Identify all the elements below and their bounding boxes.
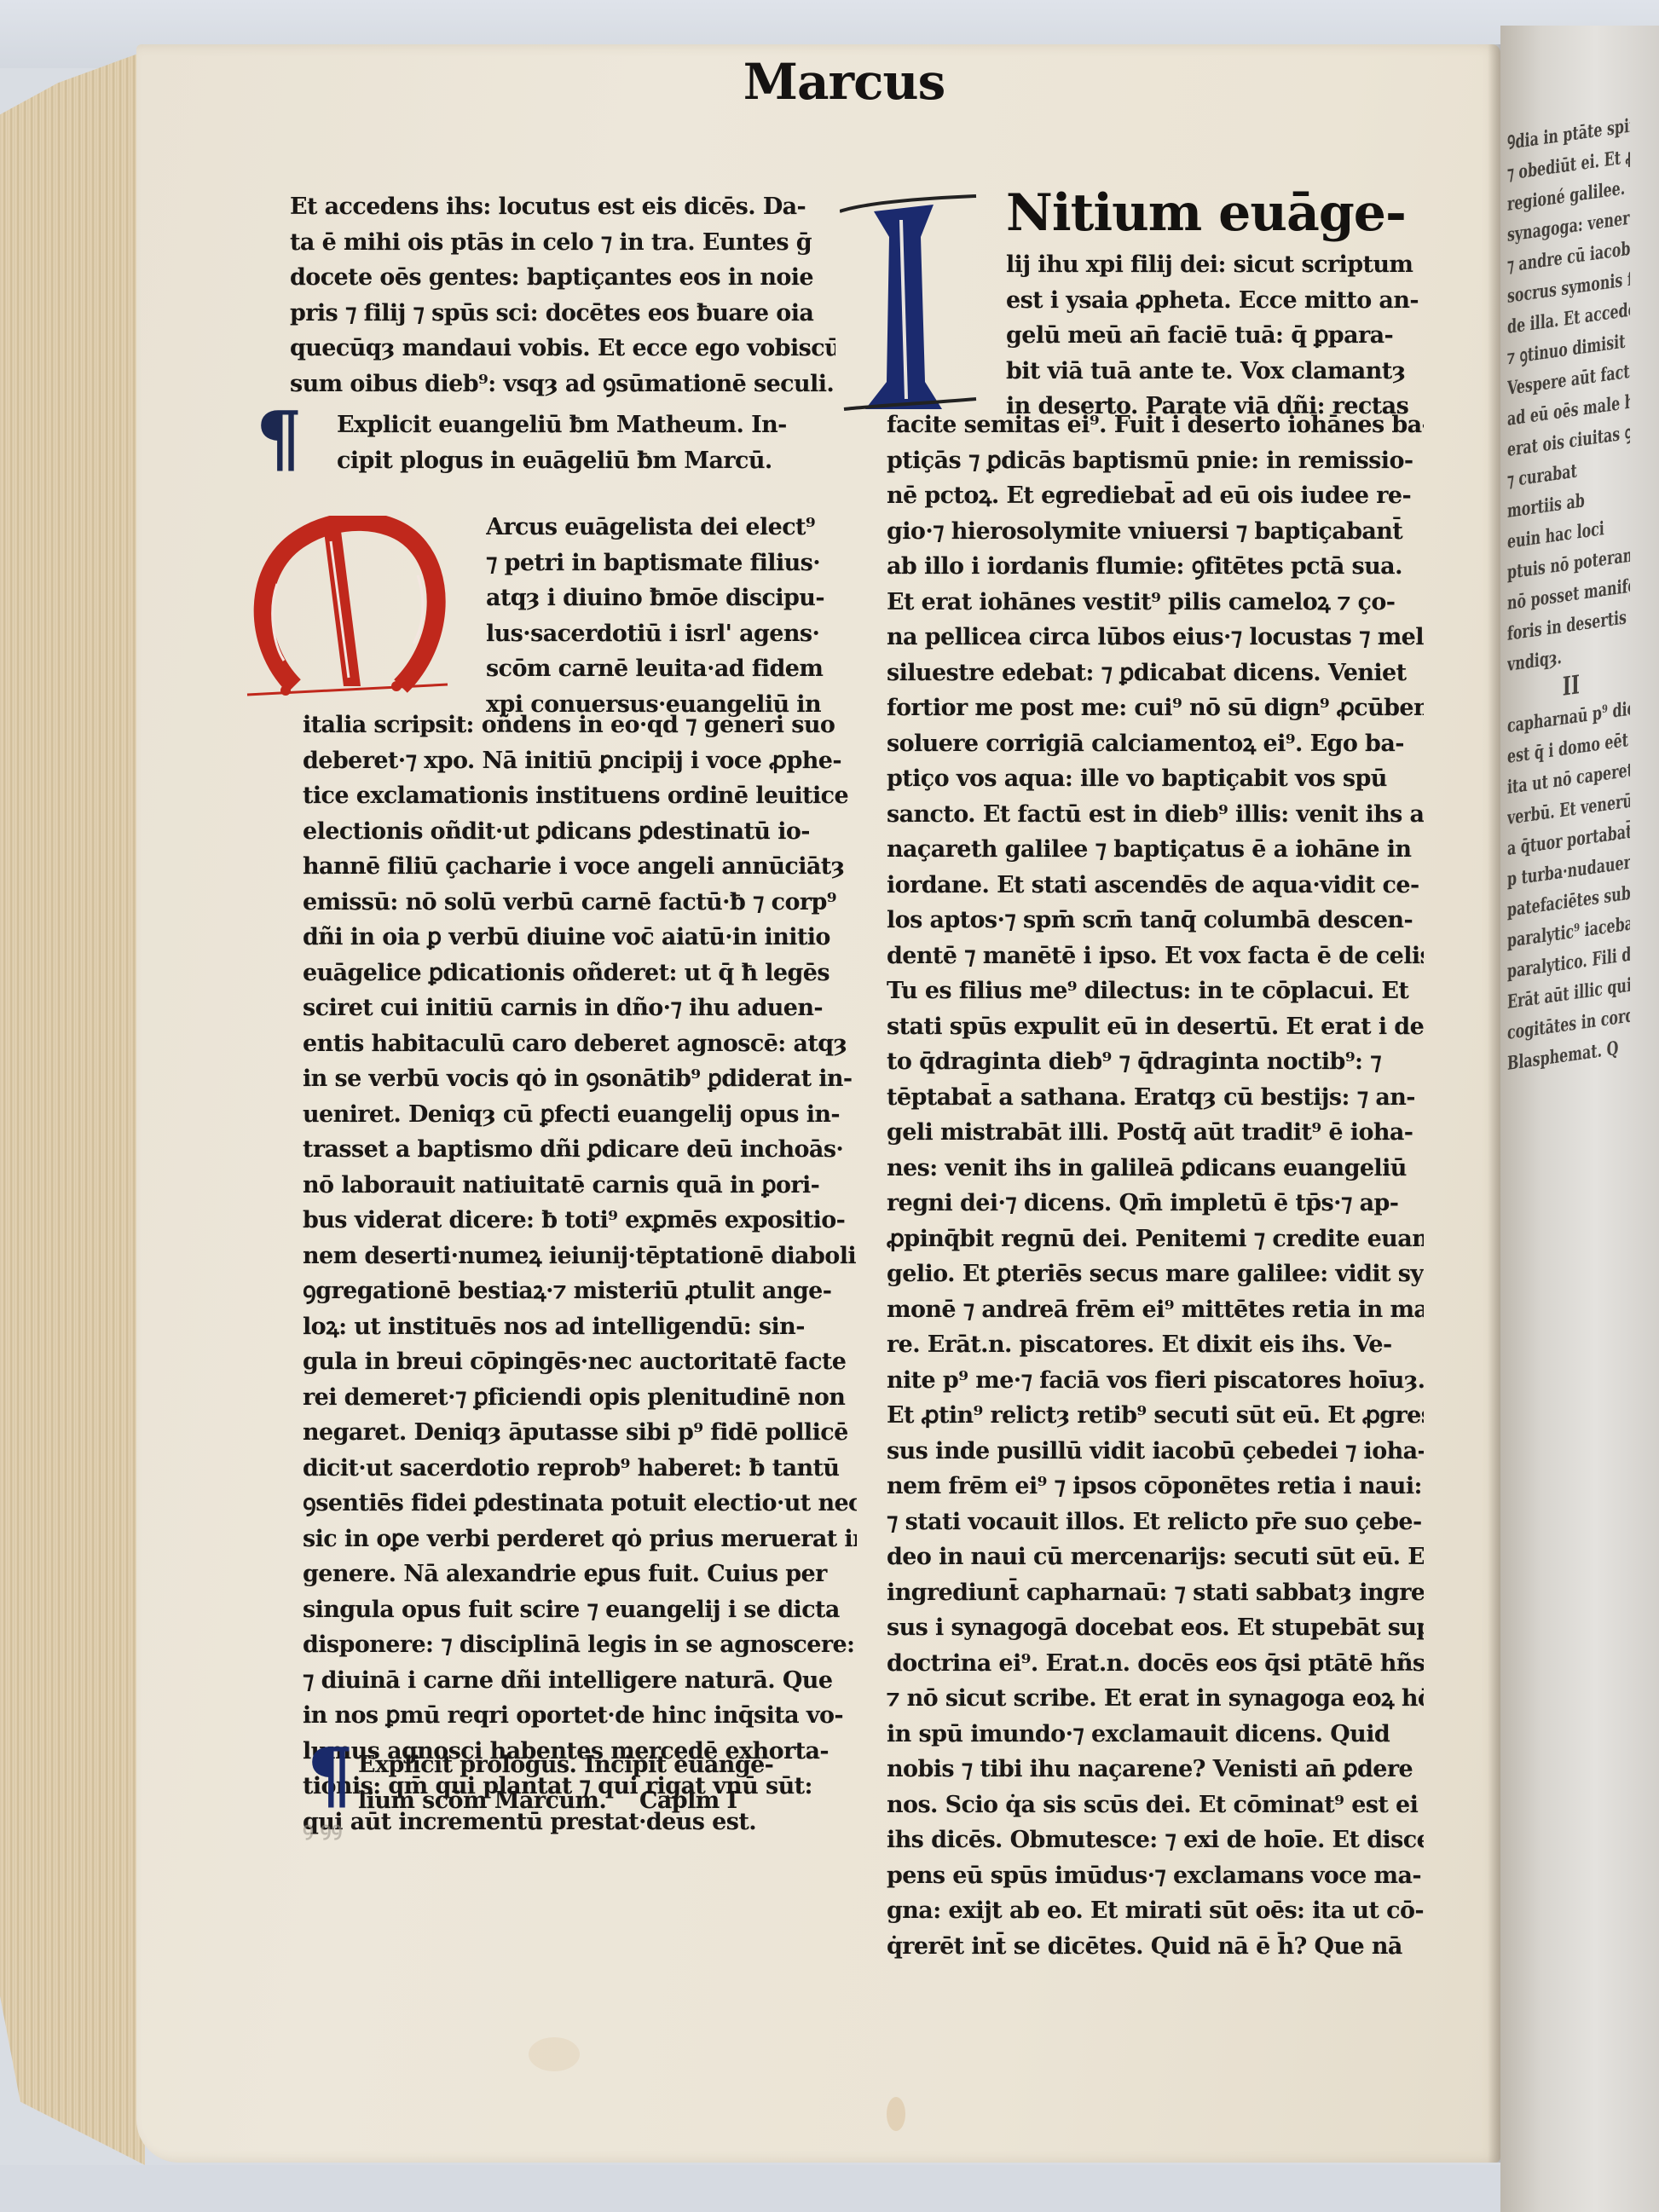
text-line: ueniret. Deniqȝ cū ꝑfecti euangelij opus…: [303, 1097, 857, 1133]
text-line: tēptabat̄ a sathana. Eratqȝ cū bestijs: …: [887, 1080, 1424, 1116]
text-line: bit viā tuā ante te. Vox clamantȝ: [1006, 354, 1432, 390]
paragraph-mark-icon: ¶: [307, 1739, 354, 1812]
text-line: ab illo i iordanis flumie: ꝯfitētes pctā…: [887, 549, 1424, 585]
text-line: sus i synagogā docebat eos. Et stupebāt …: [887, 1610, 1424, 1646]
text-line: Explicit euangeliū ƀm Matheum. In-: [337, 407, 848, 443]
text-line: los aptos·⁊ spm̄ scm̄ tanq̄ columbā desc…: [887, 903, 1424, 939]
prologue-full-text: italia scripsit: oñdens in eo·qd ⁊ gener…: [303, 707, 857, 1839]
text-line: Et ꝓtin⁹ relictȝ retib⁹ secuti sūt eū. E…: [887, 1398, 1424, 1434]
text-line: hannē filiū çacharie i voce angeli annūc…: [303, 849, 857, 885]
text-line: disponere: ⁊ disciplinā legis in se agno…: [303, 1627, 857, 1663]
text-line: naçareth galilee ⁊ baptiçatus ē a iohāne…: [887, 832, 1424, 868]
text-line: est i ysaia ꝓpheta. Ecce mitto an-: [1006, 283, 1432, 319]
text-line: pris ⁊ filij ⁊ spūs sci: docētes eos ƀua…: [290, 296, 835, 332]
text-line: entis habitaculū caro deberet agnoscē: a…: [303, 1026, 857, 1062]
text-line: lij ihu xpi filij dei: sicut scriptum: [1006, 247, 1432, 283]
text-line: bus viderat dicere: ƀ toti⁹ exꝑmēs expos…: [303, 1203, 857, 1239]
text-line: sciret cui initiū carnis in dño·⁊ ihu ad…: [303, 990, 857, 1026]
text-line: stati spūs expulit eū in desertū. Et era…: [887, 1009, 1424, 1045]
text-line: emissū: nō solū verbū carnē factū·ƀ ⁊ co…: [303, 885, 857, 921]
text-line: ꝯgregationē bestiaꝝ·⁊ misteriū ꝓtulit an…: [303, 1273, 857, 1309]
gospel-full-text: facite semitas ei⁹. Fuit i deserto iohān…: [887, 407, 1424, 1964]
text-line: dicit·ut sacerdotio reprob⁹ haberet: ƀ t…: [303, 1451, 857, 1487]
text-line: ptiço vos aqua: ille vo baptiçabit vos s…: [887, 761, 1424, 797]
background-bottom: [0, 2165, 1659, 2212]
text-line: geli mistrabāt illi. Postq̄ aūt tradit⁹ …: [887, 1115, 1424, 1151]
page-stack-edge: [0, 51, 145, 2165]
text-line: dñi in oia ꝑ verbū diuine voc̄ aiatū·in …: [303, 920, 857, 956]
text-line: scōm carnē leuita·ad fidem: [486, 651, 853, 687]
text-line: deo in naui cū mercenarijs: secuti sūt e…: [887, 1539, 1424, 1575]
text-line: doctrina ei⁹. Erat.n. docēs eos q̄si ptā…: [887, 1646, 1424, 1682]
text-line: fortior me post me: cui⁹ nō sū dign⁹ ꝓcū…: [887, 690, 1424, 726]
rubric-explicit-matthew: Explicit euangeliū ƀm Matheum. In- cipit…: [337, 407, 848, 478]
text-line: re. Erāt.n. piscatores. Et dixit eis ihs…: [887, 1327, 1424, 1363]
text-line: ⁊ nō sicut scribe. Et erat in synagoga e…: [887, 1681, 1424, 1717]
text-line: nes: venit ihs in galileā ꝑdicans euange…: [887, 1151, 1424, 1187]
text-line: cipit plogus in euāgeliū ƀm Marcū.: [337, 443, 848, 479]
text-line: singula opus fuit scire ⁊ euangelij i se…: [303, 1592, 857, 1628]
text-line: monē ⁊ andreā frēm ei⁹ mittētes retia in…: [887, 1292, 1424, 1328]
text-line: in nos ꝑmū reqri oportet·de hinc inq̄sit…: [303, 1698, 857, 1734]
foxing-stain: [887, 2097, 905, 2131]
text-line: nō laborauit natiuitatē carnis quā in ꝑo…: [303, 1168, 857, 1204]
text-line: siluestre edebat: ⁊ ꝑdicabat dicens. Ven…: [887, 656, 1424, 691]
text-line: dentē ⁊ manētē i ipso. Et vox facta ē de…: [887, 939, 1424, 974]
blue-initial-i-icon: [840, 186, 980, 416]
text-line: nobis ⁊ tibi ihu naçarene? Venisti an̄ ꝑ…: [887, 1752, 1424, 1788]
gospel-wrapped-text: lij ihu xpi filij dei: sicut scriptum es…: [1006, 247, 1432, 424]
text-line: gio·⁊ hierosolymite vniuersi ⁊ baptiçaba…: [887, 514, 1424, 550]
text-line: ihs dicēs. Obmutesce: ⁊ exi de hoīe. Et …: [887, 1822, 1424, 1858]
text-line: Et erat iohānes vestit⁹ pilis cameloꝝ ⁊ …: [887, 585, 1424, 621]
text-line: nite p⁹ me·⁊ faciā vos fieri piscatores …: [887, 1363, 1424, 1399]
text-line: ꝯsentiēs fidei ꝑdestinata potuit electio…: [303, 1486, 857, 1522]
text-line: nem deserti·numeꝝ ieiunij·tēptationē dia…: [303, 1239, 857, 1274]
text-line: to q̄draginta dieb⁹ ⁊ q̄draginta noctib⁹…: [887, 1044, 1424, 1080]
text-line: ptiçās ⁊ ꝑdicās baptismū pnie: in remiss…: [887, 443, 1424, 479]
text-line: Et accedens ihs: locutus est eis dicēs. …: [290, 189, 835, 225]
prologue-wrapped-text: Arcus euāgelista dei elect⁹ ⁊ petri in b…: [486, 510, 853, 722]
text-line: in spū imundo·⁊ exclamauit dicens. Quid: [887, 1717, 1424, 1753]
text-line: iordane. Et stati ascendēs de aqua·vidit…: [887, 868, 1424, 904]
text-line: nem frēm ei⁹ ⁊ ipsos cōponētes retia i n…: [887, 1469, 1424, 1505]
text-line: sus inde pusillū vidit iacobū çebedei ⁊ …: [887, 1434, 1424, 1470]
red-initial-m-icon: [243, 516, 456, 699]
text-line: ⁊ diuinā i carne dñi intelligere naturā.…: [303, 1663, 857, 1699]
facing-page-text: Ꝯdia in ptāte spiritib ⁊ obediūt ei. Et …: [1507, 111, 1630, 1079]
text-line: genere. Nā alexandrie eꝑus fuit. Cuius p…: [303, 1556, 857, 1592]
text-line: sancto. Et factū est in dieb⁹ illis: ven…: [887, 797, 1424, 833]
text-line: lium scōm Marcum. Caplm I: [358, 1783, 870, 1819]
paragraph-mark-icon: ¶: [256, 402, 303, 476]
text-line: soluere corrigiā calciamentoꝝ ei⁹. Ego b…: [887, 726, 1424, 762]
text-line: sic in oꝑe verbi perderet qȯ prius merue…: [303, 1522, 857, 1557]
text-line: ⁊ stati vocauit illos. Et relicto pr̄e s…: [887, 1505, 1424, 1540]
text-line: lus·sacerdotiū i isrl' agens·: [486, 616, 853, 652]
text-line: ta ē mihi ois ptās in celo ⁊ in tra. Eun…: [290, 225, 835, 261]
text-line: gelio. Et ꝑteriēs secus mare galilee: vi…: [887, 1256, 1424, 1292]
running-head: Marcus: [716, 53, 972, 111]
text-line: atqȝ i diuino ƀmōe discipu-: [486, 580, 853, 616]
text-line: sum oibus dieb⁹: vsqȝ ad ꝯsūmationē secu…: [290, 367, 835, 402]
text-line: quecūqȝ mandaui vobis. Et ecce ego vobis…: [290, 331, 835, 367]
text-line: q̇rerēt int̄ se dicētes. Quid nā ē h̄? Q…: [887, 1929, 1424, 1965]
text-line: gna: exijt ab eo. Et mirati sūt oēs: ita…: [887, 1893, 1424, 1929]
incipit-heading: Nitium euāge-: [1006, 183, 1406, 243]
left-column-top: Et accedens ihs: locutus est eis dicēs. …: [290, 189, 835, 401]
text-line: facite semitas ei⁹. Fuit i deserto iohān…: [887, 407, 1424, 443]
rubric-incipit-mark: Explicit prologus. Incipit euange- lium …: [358, 1747, 870, 1818]
text-line: deberet·⁊ xpo. Nā initiū ꝑncipij i voce …: [303, 743, 857, 779]
chapter-label: Caplm I: [614, 1788, 737, 1814]
text-line: Tu es filius me⁹ dilectus: in te cōplacu…: [887, 973, 1424, 1009]
text-line: in se verbū vocis qȯ in ꝯsonātib⁹ ꝑdider…: [303, 1061, 857, 1097]
text-line: ꝓpinq̄bit regnū dei. Penitemi ⁊ credite …: [887, 1222, 1424, 1257]
text-line: electionis oñdit·ut ꝑdicans ꝑdestinatū i…: [303, 814, 857, 850]
offset-marks: ꝯ ꝯꝯ: [303, 1816, 342, 1841]
text-line: pens eū spūs imūdus·⁊ exclamans voce ma-: [887, 1858, 1424, 1894]
text-line: docete oēs gentes: baptiçantes eos in no…: [290, 260, 835, 296]
text-line: italia scripsit: oñdens in eo·qd ⁊ gener…: [303, 707, 857, 743]
text-line: ingrediunt̄ capharnaū: ⁊ stati sabbatȝ i…: [887, 1575, 1424, 1611]
text-line: loꝝ: ut instituēs nos ad intelligendū: s…: [303, 1309, 857, 1345]
text-line: nē pctoꝝ. Et egrediebat̄ ad eū ois iudee…: [887, 478, 1424, 514]
text-line: nos. Scio q̇a sis scūs dei. Et cōminat⁹ …: [887, 1788, 1424, 1823]
text-line: negaret. Deniqȝ āputasse sibi p⁹ fidē po…: [303, 1415, 857, 1451]
facing-recto-page: Ꝯdia in ptāte spiritib ⁊ obediūt ei. Et …: [1500, 26, 1659, 2212]
text-line: gula in breui cōpingēs·nec auctoritatē f…: [303, 1344, 857, 1380]
text-line: tice exclamationis instituens ordinē leu…: [303, 778, 857, 814]
text-line: gelū meū an̄ faciē tuā: q̄ ꝑpara-: [1006, 318, 1432, 354]
text-line: na pellicea circa lūbos eius·⁊ locustas …: [887, 620, 1424, 656]
text-line: euāgelice ꝑdicationis oñderet: ut q̄ ħ l…: [303, 956, 857, 991]
text-line: Arcus euāgelista dei elect⁹: [486, 510, 853, 546]
text-line: regni dei·⁊ dicens. Qm̄ impletū ē tp̄s·⁊…: [887, 1186, 1424, 1222]
foxing-stain: [529, 2037, 580, 2071]
text-line: Explicit prologus. Incipit euange-: [358, 1747, 870, 1783]
text-line: rei demeret·⁊ ꝑficiendi opis plenitudinē…: [303, 1380, 857, 1416]
text-line: ⁊ petri in baptismate filius·: [486, 546, 853, 581]
text-line: trasset a baptismo dñi ꝑdicare deū incho…: [303, 1132, 857, 1168]
rubric-line: lium scōm Marcum.: [358, 1788, 606, 1814]
